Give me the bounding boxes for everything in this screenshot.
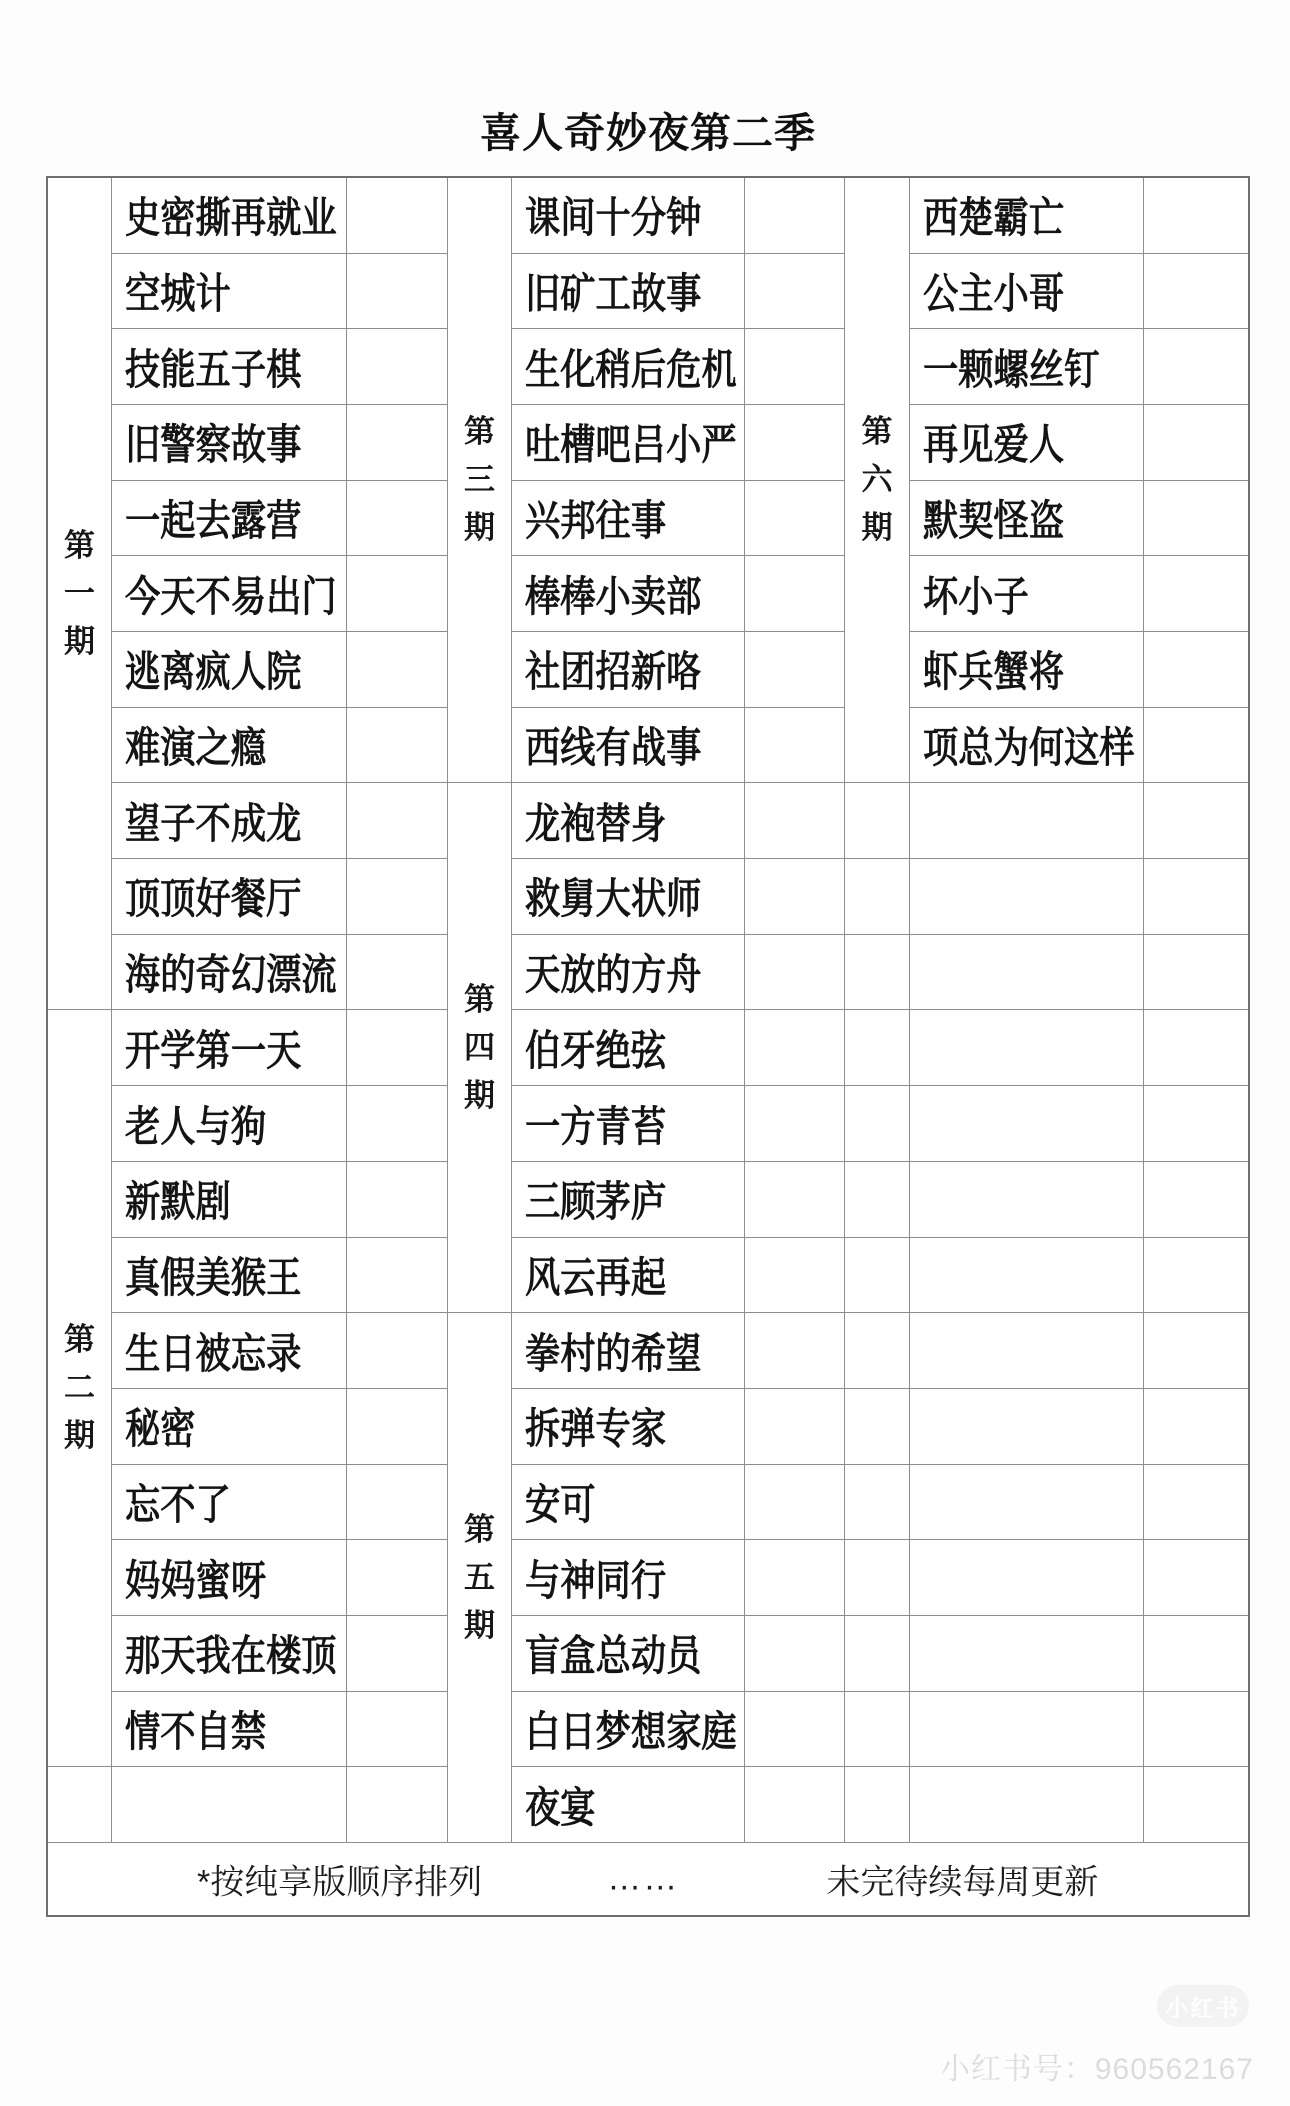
sketch-title-cell: 顶顶好餐厅 — [112, 859, 347, 935]
checkbox-cell — [745, 935, 845, 1011]
sketch-title-text: 生日被忘录 — [125, 1321, 301, 1381]
sketch-title-cell: 真假美猴王 — [112, 1238, 347, 1314]
checkbox-cell — [1144, 254, 1248, 330]
checkbox-cell — [745, 783, 845, 859]
empty-title-cell — [910, 1767, 1144, 1843]
checkbox-cell — [347, 1162, 448, 1238]
sketch-title-text: 秘密 — [125, 1396, 196, 1456]
checkbox-cell — [347, 1086, 448, 1162]
period-label-cell: 第三期 — [448, 178, 512, 783]
sketch-title-text: 项总为何这样 — [923, 715, 1135, 775]
checkbox-cell — [347, 1692, 448, 1768]
period-label-cell: 第四期 — [448, 783, 512, 1313]
checkbox-cell — [1144, 481, 1248, 557]
period-label-text: 第二期 — [63, 1316, 96, 1460]
empty-label-cell — [845, 1389, 910, 1465]
sketch-title-cell: 一颗螺丝钉 — [910, 329, 1144, 405]
sketch-title-text: 旧矿工故事 — [525, 261, 701, 321]
checkbox-cell — [1144, 1010, 1248, 1086]
empty-title-cell — [910, 1313, 1144, 1389]
sketch-title-cell: 棒棒小卖部 — [512, 556, 745, 632]
empty-label-cell — [845, 1162, 910, 1238]
checkbox-cell — [347, 1313, 448, 1389]
sketch-title-text: 那天我在楼顶 — [125, 1623, 337, 1683]
sketch-title-text: 棒棒小卖部 — [525, 564, 701, 624]
sketch-title-cell: 拳村的希望 — [512, 1313, 745, 1389]
sketch-title-text: 难演之瘾 — [125, 715, 266, 775]
checkbox-cell — [1144, 405, 1248, 481]
checkbox-cell — [745, 1010, 845, 1086]
checkbox-cell — [347, 1767, 448, 1843]
footer-note-update: 未完待续每周更新 — [826, 1854, 1098, 1903]
sketch-title-cell: 西线有战事 — [512, 708, 745, 784]
checkbox-cell — [347, 405, 448, 481]
sketch-title-cell: 安可 — [512, 1465, 745, 1541]
sketch-title-cell: 开学第一天 — [112, 1010, 347, 1086]
checkbox-cell — [745, 1238, 845, 1314]
footer-note-ellipsis: …… — [607, 1859, 679, 1898]
footer-note-row: *按纯享版顺序排列……未完待续每周更新 — [48, 1843, 1248, 1915]
empty-title-cell — [910, 1238, 1144, 1314]
checkbox-cell — [347, 329, 448, 405]
checkbox-cell — [1144, 556, 1248, 632]
sketch-title-cell: 生日被忘录 — [112, 1313, 347, 1389]
empty-label-cell — [845, 783, 910, 859]
sketch-title-cell: 一起去露营 — [112, 481, 347, 557]
sketch-title-cell: 忘不了 — [112, 1465, 347, 1541]
sketch-title-cell: 史密撕再就业 — [112, 178, 347, 254]
checkbox-cell — [745, 1540, 845, 1616]
empty-title-cell — [910, 1389, 1144, 1465]
empty-title-cell — [910, 1086, 1144, 1162]
sketch-title-cell: 龙袍替身 — [512, 783, 745, 859]
sketch-title-text: 忘不了 — [125, 1472, 231, 1532]
xiaohongshu-account-watermark: 小红书号：960562167 — [940, 2044, 1254, 2088]
checkbox-cell — [1144, 178, 1248, 254]
sketch-title-text: 老人与狗 — [125, 1094, 266, 1154]
xiaohongshu-logo-text: 小红书 — [1166, 1990, 1241, 2023]
sketch-title-text: 三顾茅庐 — [525, 1169, 666, 1229]
sketch-title-cell: 救舅大状师 — [512, 859, 745, 935]
period-label-text: 第三期 — [463, 408, 496, 552]
sketch-title-text: 今天不易出门 — [125, 564, 337, 624]
empty-title-cell — [910, 859, 1144, 935]
empty-title-cell — [910, 935, 1144, 1011]
sketch-title-text: 夜宴 — [525, 1775, 596, 1835]
sketch-title-text: 西楚霸亡 — [923, 185, 1064, 245]
checkbox-cell — [347, 1616, 448, 1692]
sketch-title-text: 虾兵蟹将 — [923, 639, 1064, 699]
sketch-title-cell: 旧矿工故事 — [512, 254, 745, 330]
sketch-title-cell: 默契怪盗 — [910, 481, 1144, 557]
sketch-title-text: 公主小哥 — [923, 261, 1064, 321]
empty-label-cell — [845, 935, 910, 1011]
empty-title-cell — [910, 1616, 1144, 1692]
sketch-title-text: 开学第一天 — [125, 1018, 301, 1078]
sketch-title-cell: 望子不成龙 — [112, 783, 347, 859]
checkbox-cell — [745, 405, 845, 481]
checkbox-cell — [745, 481, 845, 557]
sketch-title-text: 龙袍替身 — [525, 791, 666, 851]
checkbox-cell — [347, 1540, 448, 1616]
sketch-title-cell: 三顾茅庐 — [512, 1162, 745, 1238]
sketch-title-cell: 技能五子棋 — [112, 329, 347, 405]
sketch-title-text: 拳村的希望 — [525, 1321, 701, 1381]
checkbox-cell — [1144, 708, 1248, 784]
checkbox-cell — [347, 783, 448, 859]
sketch-title-text: 一方青苔 — [525, 1094, 666, 1154]
checkbox-cell — [347, 1465, 448, 1541]
checkbox-cell — [745, 708, 845, 784]
checkbox-cell — [1144, 1389, 1248, 1465]
sketch-title-text: 拆弹专家 — [525, 1396, 666, 1456]
period-label-text: 第一期 — [63, 522, 96, 666]
checkbox-cell — [1144, 1465, 1248, 1541]
sketch-title-text: 坏小子 — [923, 564, 1029, 624]
checkbox-cell — [745, 1162, 845, 1238]
empty-label-cell — [48, 1767, 112, 1843]
sketch-title-cell: 拆弹专家 — [512, 1389, 745, 1465]
sketch-title-text: 安可 — [525, 1472, 596, 1532]
sketch-title-text: 史密撕再就业 — [125, 185, 337, 245]
sketch-title-cell: 与神同行 — [512, 1540, 745, 1616]
sketch-title-text: 救舅大状师 — [525, 866, 701, 926]
footer-note-order: *按纯享版顺序排列 — [197, 1854, 482, 1903]
sketch-title-cell: 海的奇幻漂流 — [112, 935, 347, 1011]
empty-label-cell — [845, 1767, 910, 1843]
sketch-title-cell: 新默剧 — [112, 1162, 347, 1238]
sketch-title-cell: 情不自禁 — [112, 1692, 347, 1768]
empty-label-cell — [845, 1010, 910, 1086]
checkbox-cell — [745, 178, 845, 254]
sketch-title-cell: 那天我在楼顶 — [112, 1616, 347, 1692]
checkbox-cell — [745, 1692, 845, 1768]
sketch-title-cell: 项总为何这样 — [910, 708, 1144, 784]
empty-title-cell — [910, 1465, 1144, 1541]
period-label-cell: 第五期 — [448, 1313, 512, 1843]
sketch-title-cell: 生化稍后危机 — [512, 329, 745, 405]
checkbox-cell — [347, 1238, 448, 1314]
checkbox-cell — [347, 859, 448, 935]
checkbox-cell — [745, 1616, 845, 1692]
sketch-title-cell: 天放的方舟 — [512, 935, 745, 1011]
sketch-title-cell: 逃离疯人院 — [112, 632, 347, 708]
checkbox-cell — [745, 254, 845, 330]
sketch-title-text: 空城计 — [125, 261, 231, 321]
sketch-title-cell: 社团招新咯 — [512, 632, 745, 708]
sketch-title-text: 逃离疯人院 — [125, 639, 301, 699]
checkbox-cell — [1144, 859, 1248, 935]
sketch-title-text: 望子不成龙 — [125, 791, 301, 851]
empty-title-cell — [910, 1540, 1144, 1616]
sketch-title-cell: 盲盒总动员 — [512, 1616, 745, 1692]
sketch-title-text: 白日梦想家庭 — [525, 1699, 737, 1759]
period-label-cell: 第六期 — [845, 178, 910, 783]
checkbox-cell — [1144, 935, 1248, 1011]
empty-title-cell — [112, 1767, 347, 1843]
sketch-title-cell: 一方青苔 — [512, 1086, 745, 1162]
sketch-title-cell: 坏小子 — [910, 556, 1144, 632]
sketch-title-cell: 秘密 — [112, 1389, 347, 1465]
period-label-text: 第五期 — [463, 1506, 496, 1650]
sketch-title-cell: 旧警察故事 — [112, 405, 347, 481]
checkbox-cell — [347, 1389, 448, 1465]
period-label-text: 第六期 — [861, 408, 894, 552]
checkbox-cell — [1144, 1313, 1248, 1389]
xiaohongshu-logo-watermark: 小红书 — [1157, 1985, 1249, 2027]
sketch-title-text: 海的奇幻漂流 — [125, 942, 337, 1002]
sketch-title-text: 天放的方舟 — [525, 942, 701, 1002]
checkbox-cell — [347, 1010, 448, 1086]
page-root: 喜人奇妙夜第二季 第一期第二期史密撕再就业空城计技能五子棋旧警察故事一起去露营今… — [0, 0, 1290, 2106]
sketch-title-text: 西线有战事 — [525, 715, 701, 775]
sketch-title-text: 妈妈蜜呀 — [125, 1548, 266, 1608]
sketch-title-cell: 白日梦想家庭 — [512, 1692, 745, 1768]
sketch-title-cell: 妈妈蜜呀 — [112, 1540, 347, 1616]
sketch-title-text: 默契怪盗 — [923, 488, 1064, 548]
checkbox-cell — [347, 254, 448, 330]
sketch-title-text: 真假美猴王 — [125, 1245, 301, 1305]
checkbox-cell — [745, 1313, 845, 1389]
empty-label-cell — [845, 1465, 910, 1541]
checkbox-cell — [1144, 1086, 1248, 1162]
sketch-title-cell: 风云再起 — [512, 1238, 745, 1314]
checkbox-cell — [347, 708, 448, 784]
checkbox-cell — [745, 1389, 845, 1465]
schedule-table: 第一期第二期史密撕再就业空城计技能五子棋旧警察故事一起去露营今天不易出门逃离疯人… — [46, 176, 1250, 1917]
sketch-title-cell: 再见爱人 — [910, 405, 1144, 481]
checkbox-cell — [347, 481, 448, 557]
period-label-text: 第四期 — [463, 976, 496, 1120]
checkbox-cell — [1144, 632, 1248, 708]
empty-label-cell — [845, 1086, 910, 1162]
sketch-title-text: 盲盒总动员 — [525, 1623, 701, 1683]
checkbox-cell — [1144, 1540, 1248, 1616]
sketch-title-text: 生化稍后危机 — [525, 337, 737, 397]
empty-title-cell — [910, 783, 1144, 859]
empty-label-cell — [845, 1540, 910, 1616]
sketch-title-cell: 伯牙绝弦 — [512, 1010, 745, 1086]
empty-label-cell — [845, 1313, 910, 1389]
sketch-title-text: 顶顶好餐厅 — [125, 866, 301, 926]
sketch-title-text: 吐槽吧吕小严 — [525, 412, 737, 472]
sketch-title-text: 新默剧 — [125, 1169, 231, 1229]
checkbox-cell — [745, 632, 845, 708]
sketch-title-text: 风云再起 — [525, 1245, 666, 1305]
sketch-title-cell: 吐槽吧吕小严 — [512, 405, 745, 481]
sketch-title-text: 伯牙绝弦 — [525, 1018, 666, 1078]
sketch-title-text: 再见爱人 — [923, 412, 1064, 472]
checkbox-cell — [1144, 329, 1248, 405]
period-label-cell: 第一期 — [48, 178, 112, 1010]
sketch-title-text: 社团招新咯 — [525, 639, 701, 699]
sketch-title-cell: 课间十分钟 — [512, 178, 745, 254]
sketch-title-text: 情不自禁 — [125, 1699, 266, 1759]
checkbox-cell — [347, 178, 448, 254]
checkbox-cell — [1144, 1616, 1248, 1692]
checkbox-cell — [347, 632, 448, 708]
sketch-title-text: 旧警察故事 — [125, 412, 301, 472]
empty-title-cell — [910, 1010, 1144, 1086]
sketch-title-text: 与神同行 — [525, 1548, 666, 1608]
page-title: 喜人奇妙夜第二季 — [46, 100, 1250, 159]
checkbox-cell — [745, 329, 845, 405]
checkbox-cell — [1144, 783, 1248, 859]
sketch-title-text: 兴邦往事 — [525, 488, 666, 548]
sketch-title-cell: 夜宴 — [512, 1767, 745, 1843]
empty-label-cell — [845, 1238, 910, 1314]
empty-title-cell — [910, 1692, 1144, 1768]
checkbox-cell — [745, 1086, 845, 1162]
sketch-title-text: 课间十分钟 — [525, 185, 701, 245]
sketch-title-cell: 虾兵蟹将 — [910, 632, 1144, 708]
sketch-title-cell: 西楚霸亡 — [910, 178, 1144, 254]
checkbox-cell — [1144, 1162, 1248, 1238]
checkbox-cell — [1144, 1767, 1248, 1843]
checkbox-cell — [1144, 1692, 1248, 1768]
sketch-title-cell: 空城计 — [112, 254, 347, 330]
empty-label-cell — [845, 1616, 910, 1692]
period-label-cell: 第二期 — [48, 1010, 112, 1767]
sketch-title-cell: 兴邦往事 — [512, 481, 745, 557]
sketch-title-cell: 难演之瘾 — [112, 708, 347, 784]
sketch-title-cell: 公主小哥 — [910, 254, 1144, 330]
checkbox-cell — [347, 556, 448, 632]
checkbox-cell — [1144, 1238, 1248, 1314]
checkbox-cell — [347, 935, 448, 1011]
sketch-title-text: 一起去露营 — [125, 488, 301, 548]
empty-title-cell — [910, 1162, 1144, 1238]
checkbox-cell — [745, 556, 845, 632]
empty-label-cell — [845, 1692, 910, 1768]
checkbox-cell — [745, 1465, 845, 1541]
sketch-title-cell: 老人与狗 — [112, 1086, 347, 1162]
sketch-title-cell: 今天不易出门 — [112, 556, 347, 632]
empty-label-cell — [845, 859, 910, 935]
checkbox-cell — [745, 859, 845, 935]
sketch-title-text: 一颗螺丝钉 — [923, 337, 1099, 397]
checkbox-cell — [745, 1767, 845, 1843]
sketch-title-text: 技能五子棋 — [125, 337, 301, 397]
